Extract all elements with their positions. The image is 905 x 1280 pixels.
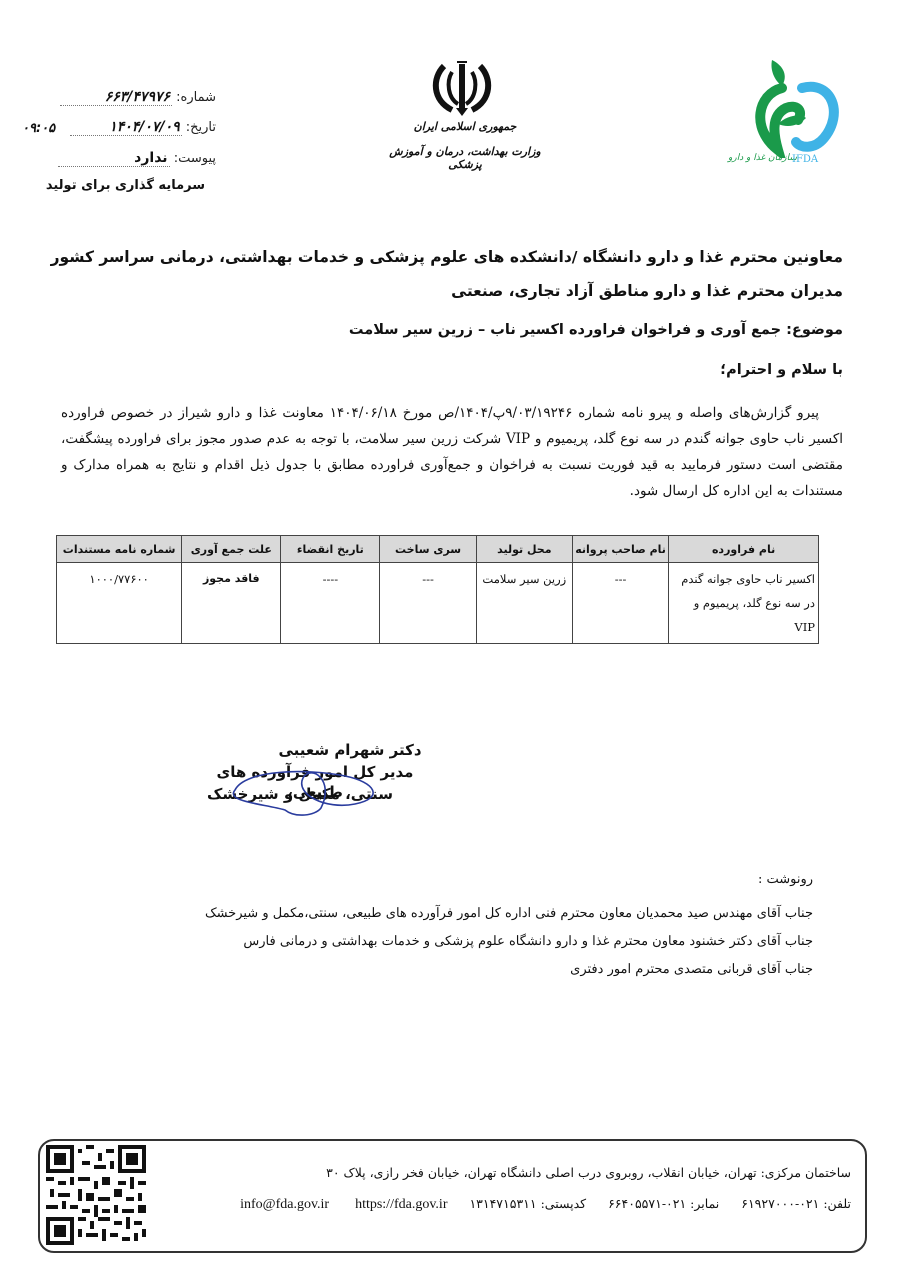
cell-batch: ---: [380, 563, 476, 644]
cell-license-holder: ---: [572, 563, 668, 644]
footer-contacts: تلفن: ۰۲۱-۶۱۹۲۷۰۰۰ نمابر: ۰۲۱-۶۶۴۰۵۵۷۱ ک…: [240, 1196, 851, 1213]
col-recall-reason: علت جمع آوری: [182, 536, 281, 563]
letter-body: پیرو گزارش‌های واصله و پیرو نامه شماره ۹…: [61, 400, 843, 504]
ifda-logo-icon: [752, 58, 842, 158]
greeting: با سلام و احترام؛: [720, 362, 843, 378]
letter-time: ۰۹:۰۵: [22, 121, 55, 136]
cell-recall-reason: فاقد مجوز: [182, 563, 281, 644]
footer-address: ساختمان مرکزی: تهران، خیابان انقلاب، روب…: [326, 1165, 851, 1180]
cell-document-number: ۱۰۰۰/۷۷۶۰۰: [57, 563, 182, 644]
cc-label: رونوشت :: [758, 872, 813, 887]
emblem-title: جمهوری اسلامی ایران: [405, 120, 525, 133]
footer-box: ساختمان مرکزی: تهران، خیابان انقلاب، روب…: [38, 1139, 867, 1253]
number-field: ۶۶۳/۴۷۹۷۶: [60, 89, 172, 106]
signature-scribble-icon: [225, 760, 405, 820]
table-header-row: نام فراورده نام صاحب پروانه محل تولید سر…: [57, 536, 819, 563]
date-value: ۱۴۰۴/۰۷/۰۹: [109, 119, 179, 135]
table-row: اکسیر ناب حاوی جوانه گندم در سه نوع گلد،…: [57, 563, 819, 644]
letter-date: تاریخ: ۱۴۰۴/۰۷/۰۹: [70, 119, 216, 136]
cc-item-3: جناب آقای قربانی متصدی محترم امور دفتری: [570, 962, 813, 977]
addressee-line-2: مدیران محترم غذا و دارو مناطق آزاد تجاری…: [451, 282, 843, 300]
col-production-site: محل تولید: [476, 536, 572, 563]
addressee-line-1: معاونین محترم غذا و دارو دانشگاه /دانشکد…: [51, 248, 843, 266]
recall-table: نام فراورده نام صاحب پروانه محل تولید سر…: [56, 535, 819, 644]
footer-postal-code: کدپستی: ۱۳۱۴۷۱۵۳۱۱: [469, 1196, 586, 1211]
letter-number: شماره: ۶۶۳/۴۷۹۷۶: [60, 89, 216, 106]
date-field: ۱۴۰۴/۰۷/۰۹: [70, 119, 182, 136]
attachment-value: ندارد: [134, 150, 167, 166]
cell-product-name: اکسیر ناب حاوی جوانه گندم در سه نوع گلد،…: [669, 563, 819, 644]
number-value: ۶۶۳/۴۷۹۷۶: [105, 89, 170, 105]
slogan: سرمایه گذاری برای تولید: [46, 178, 205, 193]
letter-attachment: پیوست: ندارد: [58, 150, 216, 167]
qr-code-icon: [46, 1145, 146, 1245]
footer-email[interactable]: info@fda.gov.ir: [240, 1197, 329, 1212]
attachment-label: پیوست:: [174, 151, 216, 166]
footer-fax: نمابر: ۰۲۱-۶۶۴۰۵۵۷۱: [608, 1196, 719, 1211]
col-batch: سری ساخت: [380, 536, 476, 563]
col-document-number: شماره نامه مستندات: [57, 536, 182, 563]
col-license-holder: نام صاحب پروانه: [572, 536, 668, 563]
ifda-logo-fa: سازمان غذا و دارو: [728, 153, 797, 163]
date-label: تاریخ:: [186, 120, 216, 135]
subject-line: موضوع: جمع آوری و فراخوان فراورده اکسیر …: [349, 322, 843, 338]
number-label: شماره:: [176, 90, 216, 105]
ministry-title: وزارت بهداشت، درمان و آموزش پزشکی: [375, 145, 555, 171]
ifda-logo-en: IFDA: [792, 154, 818, 165]
cc-item-1: جناب آقای مهندس صید محمدیان معاون محترم …: [205, 906, 813, 921]
footer-website[interactable]: https://fda.gov.ir: [355, 1197, 447, 1212]
col-product-name: نام فراورده: [669, 536, 819, 563]
cell-production-site: زرین سیر سلامت: [476, 563, 572, 644]
col-expiry: تاریخ انقضاء: [281, 536, 380, 563]
cell-expiry: ----: [281, 563, 380, 644]
signatory-name: دکتر شهرام شعیبی: [230, 740, 470, 760]
iran-emblem-icon: [430, 58, 494, 118]
footer-phone: تلفن: ۰۲۱-۶۱۹۲۷۰۰۰: [741, 1196, 851, 1211]
cc-item-2: جناب آقای دکتر خشنود معاون محترم غذا و د…: [243, 934, 813, 949]
attachment-field: ندارد: [58, 150, 170, 167]
